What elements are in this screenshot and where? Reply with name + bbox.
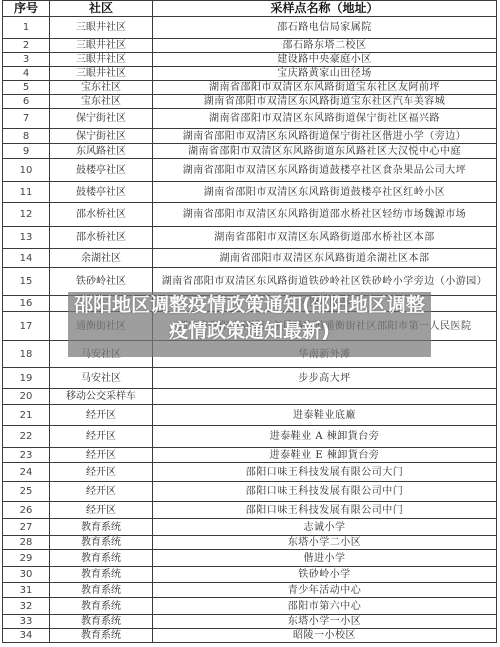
row-community: 经开区 <box>50 482 153 502</box>
row-seq: 21 <box>3 405 50 426</box>
row-seq: 33 <box>3 615 50 629</box>
table-row: 21经开区进泰鞋业底廠 <box>3 405 497 426</box>
row-location: 东塔小学一小区 <box>153 615 497 629</box>
row-location <box>153 389 497 405</box>
row-location: 东塔小学二小区 <box>153 536 497 550</box>
header-community: 社区 <box>50 1 153 17</box>
table-row: 11鼓楼亭社区湖南省邵阳市双清区东风路街道鼓楼亭社区红岭小区 <box>3 182 497 203</box>
row-seq: 28 <box>3 536 50 550</box>
row-seq: 1 <box>3 17 50 39</box>
row-location: 昭陵一小校区 <box>153 629 497 643</box>
row-seq: 13 <box>3 227 50 249</box>
row-location: 青少年活动中心 <box>153 583 497 598</box>
row-community: 保宁街社区 <box>50 129 153 144</box>
table-row: 14余湖社区湖南省邵阳市双清区东风路街道余湖社区本部 <box>3 249 497 268</box>
row-community: 鼓楼亭社区 <box>50 182 153 203</box>
row-community: 经开区 <box>50 405 153 426</box>
title-overlay-text: 邵阳地区调整疫情政策通知(邵阳地区调整疫情政策通知最新) <box>68 292 431 344</box>
row-location: 步步高大坪 <box>153 368 497 389</box>
row-seq: 6 <box>3 95 50 109</box>
row-community: 邵水桥社区 <box>50 227 153 249</box>
row-seq: 2 <box>3 39 50 53</box>
row-community: 教育系统 <box>50 519 153 536</box>
row-community: 教育系统 <box>50 536 153 550</box>
table-row: 3三眼井社区建设路中央豪庭小区 <box>3 53 497 67</box>
table-row: 5宝东社区湖南省邵阳市双清区东风路街道宝东社区友阿前坪 <box>3 81 497 95</box>
row-seq: 32 <box>3 598 50 615</box>
row-seq: 16 <box>3 296 50 312</box>
table-row: 31教育系统青少年活动中心 <box>3 583 497 598</box>
row-community: 教育系统 <box>50 615 153 629</box>
row-location: 湖南省邵阳市双清区东风路街道保宁街社区偕进小学（旁边） <box>153 129 497 144</box>
table-row: 34教育系统昭陵一小校区 <box>3 629 497 643</box>
row-location: 宝庆路黄家山田径场 <box>153 67 497 81</box>
row-location: 湖南省邵阳市双清区东风路街道鼓楼亭社区食杂果品公司大坪 <box>153 159 497 182</box>
row-community: 教育系统 <box>50 567 153 583</box>
row-seq: 4 <box>3 67 50 81</box>
table-row: 27教育系统志诚小学 <box>3 519 497 536</box>
row-location: 偕进小学 <box>153 550 497 567</box>
header-location: 采样点名称（地址） <box>153 1 497 17</box>
row-community: 经开区 <box>50 463 153 482</box>
row-location: 进泰鞋业 A 棟卸貨台旁 <box>153 426 497 448</box>
row-community: 宝东社区 <box>50 95 153 109</box>
row-community: 移动公交采样车 <box>50 389 153 405</box>
row-community: 经开区 <box>50 426 153 448</box>
row-community: 东风路社区 <box>50 144 153 159</box>
row-location: 进泰鞋业底廠 <box>153 405 497 426</box>
row-seq: 3 <box>3 53 50 67</box>
row-community: 经开区 <box>50 502 153 519</box>
row-seq: 25 <box>3 482 50 502</box>
row-location: 邵石路电信局家属院 <box>153 17 497 39</box>
table-row: 23经开区进泰鞋业 E 棟卸貨台旁 <box>3 448 497 463</box>
row-seq: 11 <box>3 182 50 203</box>
table-row: 32教育系统邵阳市第六中心 <box>3 598 497 615</box>
row-location: 湖南省邵阳市双清区东风路街道宝东社区汽车美容城 <box>153 95 497 109</box>
table-row: 10鼓楼亭社区湖南省邵阳市双清区东风路街道鼓楼亭社区食杂果品公司大坪 <box>3 159 497 182</box>
row-location: 湖南省邵阳市双清区东风路街道余湖社区本部 <box>153 249 497 268</box>
row-seq: 22 <box>3 426 50 448</box>
row-seq: 23 <box>3 448 50 463</box>
table-row: 30教育系统铁砂岭小学 <box>3 567 497 583</box>
row-location: 邵阳市第六中心 <box>153 598 497 615</box>
table-header-row: 序号 社区 采样点名称（地址） <box>3 1 497 17</box>
row-seq: 30 <box>3 567 50 583</box>
row-seq: 8 <box>3 129 50 144</box>
row-seq: 15 <box>3 268 50 296</box>
row-seq: 5 <box>3 81 50 95</box>
table-row: 12邵水桥社区湖南省邵阳市双清区东风路街道邵水桥社区轻纺市场魏源市场 <box>3 203 497 227</box>
row-community: 三眼井社区 <box>50 17 153 39</box>
row-community: 经开区 <box>50 448 153 463</box>
row-community: 鼓楼亭社区 <box>50 159 153 182</box>
row-location: 建设路中央豪庭小区 <box>153 53 497 67</box>
row-location: 邵阳口味王科技发展有限公司大门 <box>153 463 497 482</box>
table-row: 26经开区邵阳口味王科技发展有限公司中门 <box>3 502 497 519</box>
table-row: 4三眼井社区宝庆路黄家山田径场 <box>3 67 497 81</box>
row-seq: 29 <box>3 550 50 567</box>
row-location: 邵阳口味王科技发展有限公司中门 <box>153 502 497 519</box>
row-seq: 19 <box>3 368 50 389</box>
row-location: 铁砂岭小学 <box>153 567 497 583</box>
row-location: 志诚小学 <box>153 519 497 536</box>
table-row: 22经开区进泰鞋业 A 棟卸貨台旁 <box>3 426 497 448</box>
row-seq: 12 <box>3 203 50 227</box>
row-seq: 24 <box>3 463 50 482</box>
row-location: 湖南省邵阳市双清区东风路街道东风路社区大汉悦中心中庭 <box>153 144 497 159</box>
row-seq: 18 <box>3 341 50 368</box>
table-row: 28教育系统东塔小学二小区 <box>3 536 497 550</box>
row-community: 教育系统 <box>50 583 153 598</box>
row-seq: 27 <box>3 519 50 536</box>
row-seq: 9 <box>3 144 50 159</box>
table-row: 7保宁街社区湖南省邵阳市双清区东风路街道保宁街社区福兴路 <box>3 109 497 129</box>
table-row: 29教育系统偕进小学 <box>3 550 497 567</box>
row-seq: 14 <box>3 249 50 268</box>
row-community: 邵水桥社区 <box>50 203 153 227</box>
table-row: 19马安社区步步高大坪 <box>3 368 497 389</box>
table-row: 25经开区邵阳口味王科技发展有限公司中门 <box>3 482 497 502</box>
row-location: 湖南省邵阳市双清区东风路街道保宁街社区福兴路 <box>153 109 497 129</box>
row-seq: 17 <box>3 312 50 341</box>
row-seq: 20 <box>3 389 50 405</box>
row-location: 进泰鞋业 E 棟卸貨台旁 <box>153 448 497 463</box>
row-location: 湖南省邵阳市双清区东风路街道鼓楼亭社区红岭小区 <box>153 182 497 203</box>
row-community: 三眼井社区 <box>50 67 153 81</box>
table-row: 24经开区邵阳口味王科技发展有限公司大门 <box>3 463 497 482</box>
table-row: 8保宁街社区湖南省邵阳市双清区东风路街道保宁街社区偕进小学（旁边） <box>3 129 497 144</box>
table-row: 1三眼井社区邵石路电信局家属院 <box>3 17 497 39</box>
table-row: 13邵水桥社区湖南省邵阳市双清区东风路街道邵水桥社区本部 <box>3 227 497 249</box>
header-seq: 序号 <box>3 1 50 17</box>
table-row: 2三眼井社区邵石路东塔二校区 <box>3 39 497 53</box>
row-seq: 34 <box>3 629 50 643</box>
row-location: 湖南省邵阳市双清区东风路街道宝东社区友阿前坪 <box>153 81 497 95</box>
row-location: 湖南省邵阳市双清区东风路街道邵水桥社区本部 <box>153 227 497 249</box>
table-row: 20移动公交采样车 <box>3 389 497 405</box>
table-row: 9东风路社区湖南省邵阳市双清区东风路街道东风路社区大汉悦中心中庭 <box>3 144 497 159</box>
row-seq: 26 <box>3 502 50 519</box>
row-community: 教育系统 <box>50 598 153 615</box>
row-community: 马安社区 <box>50 368 153 389</box>
row-seq: 10 <box>3 159 50 182</box>
row-community: 教育系统 <box>50 629 153 643</box>
row-seq: 31 <box>3 583 50 598</box>
row-community: 保宁街社区 <box>50 109 153 129</box>
row-community: 教育系统 <box>50 550 153 567</box>
table-row: 6宝东社区湖南省邵阳市双清区东风路街道宝东社区汽车美容城 <box>3 95 497 109</box>
row-community: 宝东社区 <box>50 81 153 95</box>
table-row: 33教育系统东塔小学一小区 <box>3 615 497 629</box>
row-community: 三眼井社区 <box>50 39 153 53</box>
row-location: 湖南省邵阳市双清区东风路街道邵水桥社区轻纺市场魏源市场 <box>153 203 497 227</box>
row-location: 邵石路东塔二校区 <box>153 39 497 53</box>
row-seq: 7 <box>3 109 50 129</box>
row-location: 邵阳口味王科技发展有限公司中门 <box>153 482 497 502</box>
row-community: 余湖社区 <box>50 249 153 268</box>
row-community: 三眼井社区 <box>50 53 153 67</box>
